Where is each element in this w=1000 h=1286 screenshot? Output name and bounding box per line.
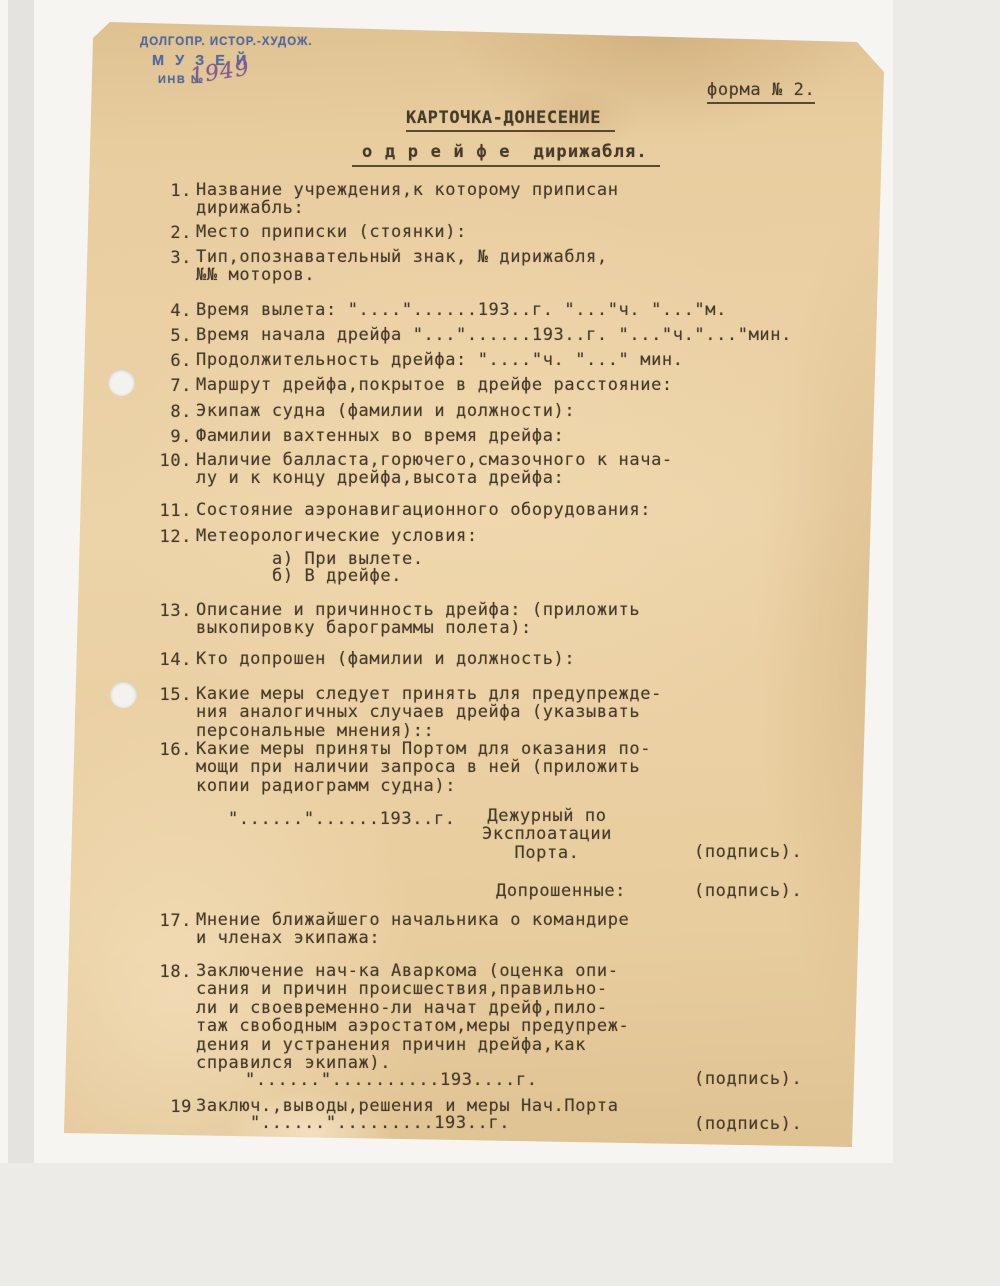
item-number: 13.: [146, 601, 192, 621]
item-text: Время вылета: "...."......193..г. "..."ч…: [196, 301, 727, 319]
item-text: Время начала дрейфа "..."......193..г. "…: [196, 326, 792, 344]
document-subtitle: о д р е й ф е дирижабля.: [352, 142, 660, 167]
item-text: Описание и причинность дрейфа: (приложит…: [196, 601, 640, 638]
document-content: ДОЛГОПР. ИСТОР.-ХУДОЖ. М У З Е Й ИНВ № 1…: [0, 0, 1000, 1286]
item-text: Какие меры приняты Портом для оказания п…: [196, 740, 651, 795]
item-text: Маршрут дрейфа,покрытое в дрейфе расстоя…: [196, 376, 673, 394]
item-number: 8.: [146, 402, 192, 422]
item-number: 5.: [146, 326, 192, 346]
interrogated-signature-label: (подпись).: [694, 881, 802, 901]
item-text: Метеорологические условия:: [196, 527, 478, 545]
item-number: 15.: [146, 685, 192, 705]
date-line-19: "......".........193..г.: [250, 1113, 510, 1133]
signature-label-19: (подпись).: [694, 1114, 802, 1134]
item-number: 17.: [146, 911, 192, 931]
item-text: Состояние аэронавигационного оборудовани…: [196, 501, 651, 519]
item-text: Кто допрошен (фамилии и должность):: [196, 650, 575, 668]
document-title: КАРТОЧКА-ДОНЕСЕНИЕ: [406, 108, 615, 132]
item-number: 6.: [146, 351, 192, 371]
duty-officer-line: Порта.: [452, 844, 642, 862]
item-number: 4.: [146, 301, 192, 321]
item-text: Название учреждения,к которому приписанд…: [196, 181, 619, 218]
item-text: Тип,опознавательный знак, № дирижабля,№№…: [196, 248, 608, 285]
item-number: 14.: [146, 650, 192, 670]
item-number: 3.: [146, 248, 192, 268]
item-number: 7.: [146, 376, 192, 396]
item-text: Какие меры следует принять для предупреж…: [196, 685, 662, 740]
item-text: Мнение ближайшего начальника о командире…: [196, 911, 629, 948]
item-number: 2.: [146, 223, 192, 243]
item-number: 19: [146, 1097, 192, 1117]
form-number-label: форма № 2.: [707, 80, 815, 104]
item-subline: б) В дрейфе.: [272, 566, 402, 586]
item-text: Фамилии вахтенных во время дрейфа:: [196, 427, 564, 445]
item-text: Продолжительность дрейфа: "...."ч. "..."…: [196, 351, 684, 369]
item-text: Наличие балласта,горючего,смазочного к н…: [196, 451, 673, 488]
item-number: 12.: [146, 527, 192, 547]
duty-officer-line: Дежурный по: [452, 807, 642, 825]
item-number: 16.: [146, 740, 192, 760]
signature-label-16: (подпись).: [694, 842, 802, 862]
item-number: 18.: [146, 962, 192, 982]
date-line-18: "......"..........193....г.: [245, 1070, 538, 1090]
stamp-org-line: ДОЛГОПР. ИСТОР.-ХУДОЖ.: [140, 36, 313, 48]
duty-officer-title: Дежурный по Эксплоатации Порта.: [452, 807, 642, 862]
date-line-16: "......"......193..г.: [228, 809, 456, 829]
item-number: 10.: [146, 451, 192, 471]
item-text: Заключение нач-ка Аваркома (оценка опи-с…: [196, 962, 629, 1072]
interrogated-label: Допрошенные:: [496, 881, 626, 901]
item-text: Место приписки (стоянки):: [196, 223, 467, 241]
item-text: Экипаж судна (фамилии и должности):: [196, 402, 575, 420]
duty-officer-line: Эксплоатации: [452, 825, 642, 843]
item-number: 9.: [146, 427, 192, 447]
signature-label-18: (подпись).: [694, 1069, 802, 1089]
item-number: 1.: [146, 181, 192, 201]
item-number: 11.: [146, 501, 192, 521]
